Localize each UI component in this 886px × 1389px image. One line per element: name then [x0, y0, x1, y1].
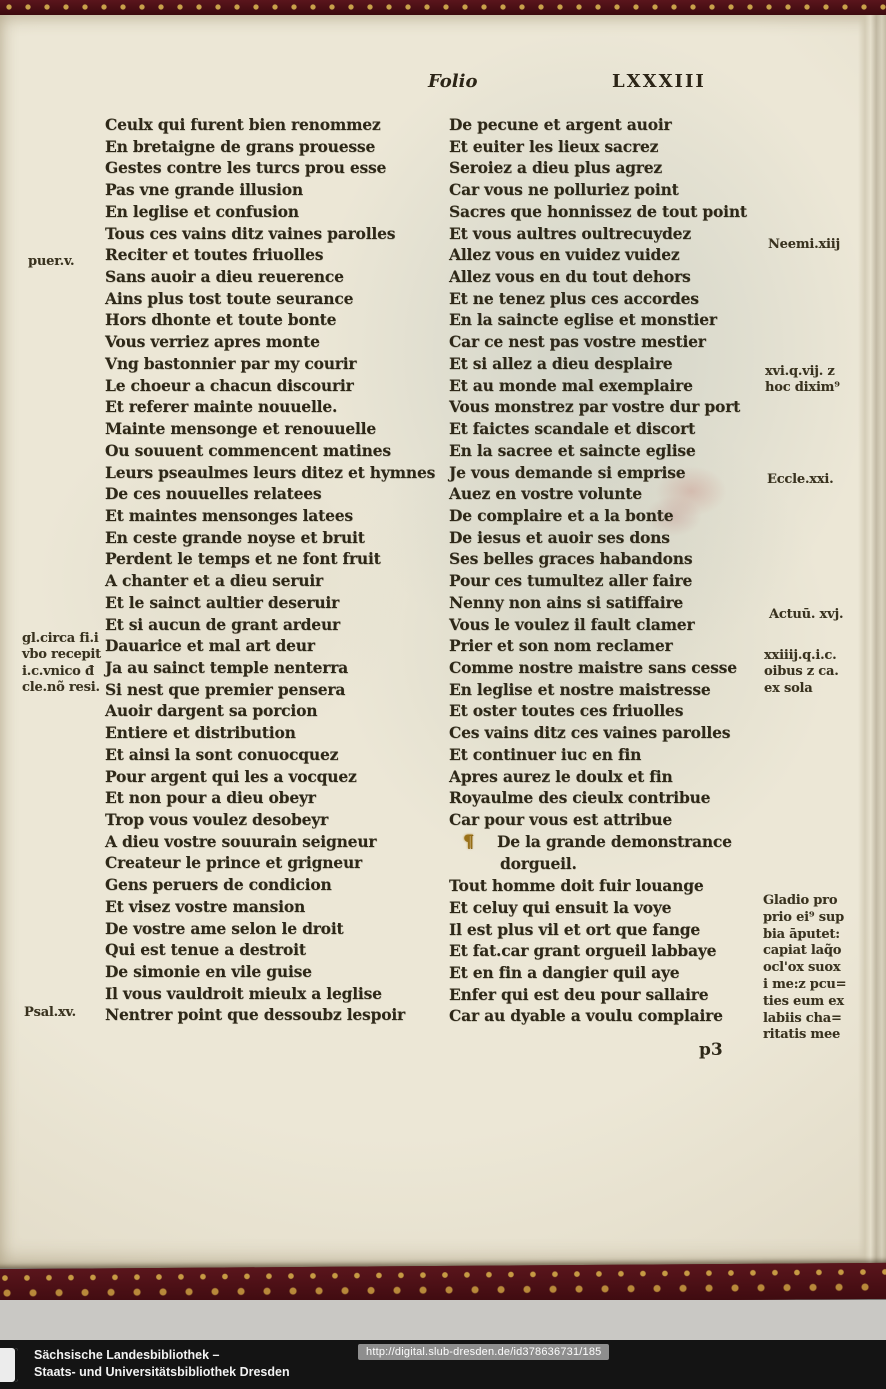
margin-note-right-2: xvi.q.vij. zhoc dixim⁹ — [765, 364, 840, 397]
poem-line: Comme nostre maistre sans cesse — [449, 657, 787, 679]
folio-number: LXXXIII — [612, 71, 706, 92]
margin-note-line: Psal.xv. — [24, 1005, 76, 1021]
poem-line: Car ce nest pas vostre mestier — [449, 331, 787, 353]
library-name: Sächsische Landesbibliothek – Staats- un… — [34, 1347, 290, 1381]
poem-line: Entiere et distribution — [105, 722, 443, 744]
poem-line: Pas vne grande illusion — [105, 179, 443, 201]
margin-note-line: ties eum ex — [763, 994, 846, 1011]
poem-line: Leurs pseaulmes leurs ditez et hymnes — [105, 462, 443, 484]
poem-line: Seroiez a dieu plus agrez — [449, 157, 787, 179]
poem-line: Vous verriez apres monte — [105, 331, 443, 353]
poem-line: Si nest que premier pensera — [105, 679, 443, 701]
poem-line: Et ainsi la sont conuocquez — [105, 744, 443, 766]
poem-line: Gens peruers de condicion — [105, 874, 443, 896]
margin-note-line: bia āputet: — [763, 927, 846, 944]
poem-line: Je vous demande si emprise — [449, 462, 787, 484]
margin-note-line: ocl'ox suox — [763, 960, 846, 977]
poem-line: Et ne tenez plus ces accordes — [449, 288, 787, 310]
poem-line: En leglise et nostre maistresse — [449, 679, 787, 701]
poem-line: Dauarice et mal art deur — [105, 635, 443, 657]
quire-signature: p3 — [699, 1040, 723, 1060]
poem-line: Auez en vostre volunte — [449, 483, 787, 505]
margin-note-right-5: xxiiij.q.i.c.oibus z ca.ex sola — [764, 648, 839, 697]
margin-note-right-4: Actuū. xvj. — [769, 607, 843, 623]
poem-line: En ceste grande noyse et bruit — [105, 527, 443, 549]
poem-line: Mainte mensonge et renouuelle — [105, 418, 443, 440]
right-column-part-a: De pecune et argent auoirEt euiter les l… — [449, 114, 787, 831]
margin-note-line: ritatis mee — [763, 1027, 846, 1044]
library-name-line2: Staats- und Universitätsbibliothek Dresd… — [34, 1364, 290, 1381]
book-edge-top — [0, 0, 886, 15]
poem-line: Ou souuent commencent matines — [105, 440, 443, 462]
poem-line: Et celuy qui ensuit la voye — [449, 897, 787, 919]
poem-line: Vng bastonnier par my courir — [105, 353, 443, 375]
section-heading: ¶De la grande demonstrance dorgueil. — [449, 831, 787, 875]
paragraph-ornament-icon: ¶ — [463, 832, 497, 854]
margin-note-line: Actuū. xvj. — [769, 607, 843, 623]
poem-line: Et au monde mal exemplaire — [449, 375, 787, 397]
section-heading-text: De la grande demonstrance — [497, 832, 732, 851]
poem-line: Ces vains ditz ces vaines parolles — [449, 722, 787, 744]
poem-line: Car pour vous est attribue — [449, 809, 787, 831]
poem-line: Car vous ne polluriez point — [449, 179, 787, 201]
poem-line: Prier et son nom reclamer — [449, 635, 787, 657]
poem-line: De simonie en vile guise — [105, 961, 443, 983]
poem-line: Perdent le temps et ne font fruit — [105, 548, 443, 570]
margin-note-right-6: Gladio proprio ei⁹ supbia āputet:capiat … — [763, 893, 846, 1044]
poem-line: Et maintes mensonges latees — [105, 505, 443, 527]
poem-line: Createur le prince et grigneur — [105, 852, 443, 874]
table-surface — [0, 1300, 886, 1340]
margin-note-line: ex sola — [764, 681, 839, 697]
poem-line: De ces nouuelles relatees — [105, 483, 443, 505]
poem-line: Apres aurez le doulx et fin — [449, 766, 787, 788]
poem-line: Royaulme des cieulx contribue — [449, 787, 787, 809]
margin-note-line: puer.v. — [28, 254, 74, 270]
poem-line: Ceulx qui furent bien renommez — [105, 114, 443, 136]
poem-line: Et non pour a dieu obeyr — [105, 787, 443, 809]
poem-line: Pour ces tumultez aller faire — [449, 570, 787, 592]
margin-note-line: Eccle.xxi. — [767, 472, 833, 488]
page-edge-right — [858, 15, 886, 1268]
poem-line: Sans auoir a dieu reuerence — [105, 266, 443, 288]
poem-line: A chanter et a dieu seruir — [105, 570, 443, 592]
margin-note-line: prio ei⁹ sup — [763, 910, 846, 927]
margin-note-line: i me:z pcu= — [763, 977, 846, 994]
poem-line: Tout homme doit fuir louange — [449, 875, 787, 897]
poem-line: Et euiter les lieux sacrez — [449, 136, 787, 158]
left-text-column: Ceulx qui furent bien renommezEn bretaig… — [105, 114, 443, 1026]
poem-line: Ja au sainct temple nenterra — [105, 657, 443, 679]
margin-note-line: gl.circa fi.i — [22, 631, 101, 647]
margin-note-right-3: Eccle.xxi. — [767, 472, 833, 488]
slub-logo-icon — [0, 1348, 18, 1382]
margin-note-line: cle.nõ resi. — [22, 680, 101, 696]
margin-note-line: Neemi.xiij — [768, 237, 840, 253]
margin-note-line: i.c.vnico đ — [22, 664, 101, 680]
poem-line: Il est plus vil et ort que fange — [449, 919, 787, 941]
poem-line: Auoir dargent sa porcion — [105, 700, 443, 722]
poem-line: Qui est tenue a destroit — [105, 939, 443, 961]
library-name-line1: Sächsische Landesbibliothek – — [34, 1347, 290, 1364]
margin-note-line: oibus z ca. — [764, 664, 839, 680]
poem-line: Et faictes scandale et discort — [449, 418, 787, 440]
poem-line: Vous le voulez il fault clamer — [449, 614, 787, 636]
poem-line: Et fat.car grant orgueil labbaye — [449, 940, 787, 962]
poem-line: Vous monstrez par vostre dur port — [449, 396, 787, 418]
poem-line: Et oster toutes ces friuolles — [449, 700, 787, 722]
poem-line: Ses belles graces habandons — [449, 548, 787, 570]
margin-note-right-1: Neemi.xiij — [768, 237, 840, 253]
poem-line: En la sacree et saincte eglise — [449, 440, 787, 462]
book-scan: Folio LXXXIII Ceulx qui furent bien reno… — [0, 0, 886, 1389]
poem-line: En leglise et confusion — [105, 201, 443, 223]
poem-line: Et continuer iuc en fin — [449, 744, 787, 766]
right-column-part-b: Tout homme doit fuir louangeEt celuy qui… — [449, 875, 787, 1027]
poem-line: Et vous aultres oultrecuydez — [449, 223, 787, 245]
source-url: http://digital.slub-dresden.de/id3786367… — [358, 1344, 609, 1360]
poem-line: Et en fin a dangier quil aye — [449, 962, 787, 984]
poem-line: Et si allez a dieu desplaire — [449, 353, 787, 375]
poem-line: Le choeur a chacun discourir — [105, 375, 443, 397]
poem-line: Enfer qui est deu pour sallaire — [449, 984, 787, 1006]
poem-line: Sacres que honnissez de tout point — [449, 201, 787, 223]
poem-line: Tous ces vains ditz vaines parolles — [105, 223, 443, 245]
poem-line: En la saincte eglise et monstier — [449, 309, 787, 331]
poem-line: De vostre ame selon le droit — [105, 918, 443, 940]
poem-line: Nentrer point que dessoubz lespoir — [105, 1004, 443, 1026]
poem-line: Et visez vostre mansion — [105, 896, 443, 918]
poem-line: Reciter et toutes friuolles — [105, 244, 443, 266]
margin-note-left-2: gl.circa fi.ivbo recepiti.c.vnico đcle.n… — [22, 631, 101, 697]
margin-note-left-1: puer.v. — [28, 254, 74, 270]
poem-line: Hors dhonte et toute bonte — [105, 309, 443, 331]
poem-line: Et le sainct aultier deseruir — [105, 592, 443, 614]
book-edge-bottom — [0, 1263, 886, 1305]
poem-line: Et referer mainte nouuelle. — [105, 396, 443, 418]
poem-line: En bretaigne de grans prouesse — [105, 136, 443, 158]
poem-line: Gestes contre les turcs prou esse — [105, 157, 443, 179]
poem-line: Allez vous en vuidez vuidez — [449, 244, 787, 266]
poem-line: A dieu vostre souurain seigneur — [105, 831, 443, 853]
margin-note-line: xvi.q.vij. z — [765, 364, 840, 380]
margin-note-line: Gladio pro — [763, 893, 846, 910]
folio-label: Folio — [428, 71, 477, 92]
poem-line: De complaire et a la bonte — [449, 505, 787, 527]
margin-note-left-3: Psal.xv. — [24, 1005, 76, 1021]
margin-note-line: vbo recepit — [22, 647, 101, 663]
poem-line: De iesus et auoir ses dons — [449, 527, 787, 549]
margin-note-line: xxiiij.q.i.c. — [764, 648, 839, 664]
right-text-column: De pecune et argent auoirEt euiter les l… — [449, 114, 787, 1027]
poem-line: Pour argent qui les a vocquez — [105, 766, 443, 788]
poem-line: Il vous vauldroit mieulx a leglise — [105, 983, 443, 1005]
poem-line: Nenny non ains si satiffaire — [449, 592, 787, 614]
margin-note-line: capiat laq̃o — [763, 943, 846, 960]
poem-line: De pecune et argent auoir — [449, 114, 787, 136]
poem-line: Ains plus tost toute seurance — [105, 288, 443, 310]
poem-line: Et si aucun de grant ardeur — [105, 614, 443, 636]
poem-line: Allez vous en du tout dehors — [449, 266, 787, 288]
section-heading-line1: ¶De la grande demonstrance — [463, 831, 787, 854]
margin-note-line: hoc dixim⁹ — [765, 380, 840, 396]
margin-note-line: labiis cha= — [763, 1011, 846, 1028]
poem-line: Car au dyable a voulu complaire — [449, 1005, 787, 1027]
poem-line: Trop vous voulez desobeyr — [105, 809, 443, 831]
library-banner: Sächsische Landesbibliothek – Staats- un… — [0, 1340, 886, 1389]
section-heading-line2: dorgueil. — [500, 853, 787, 875]
